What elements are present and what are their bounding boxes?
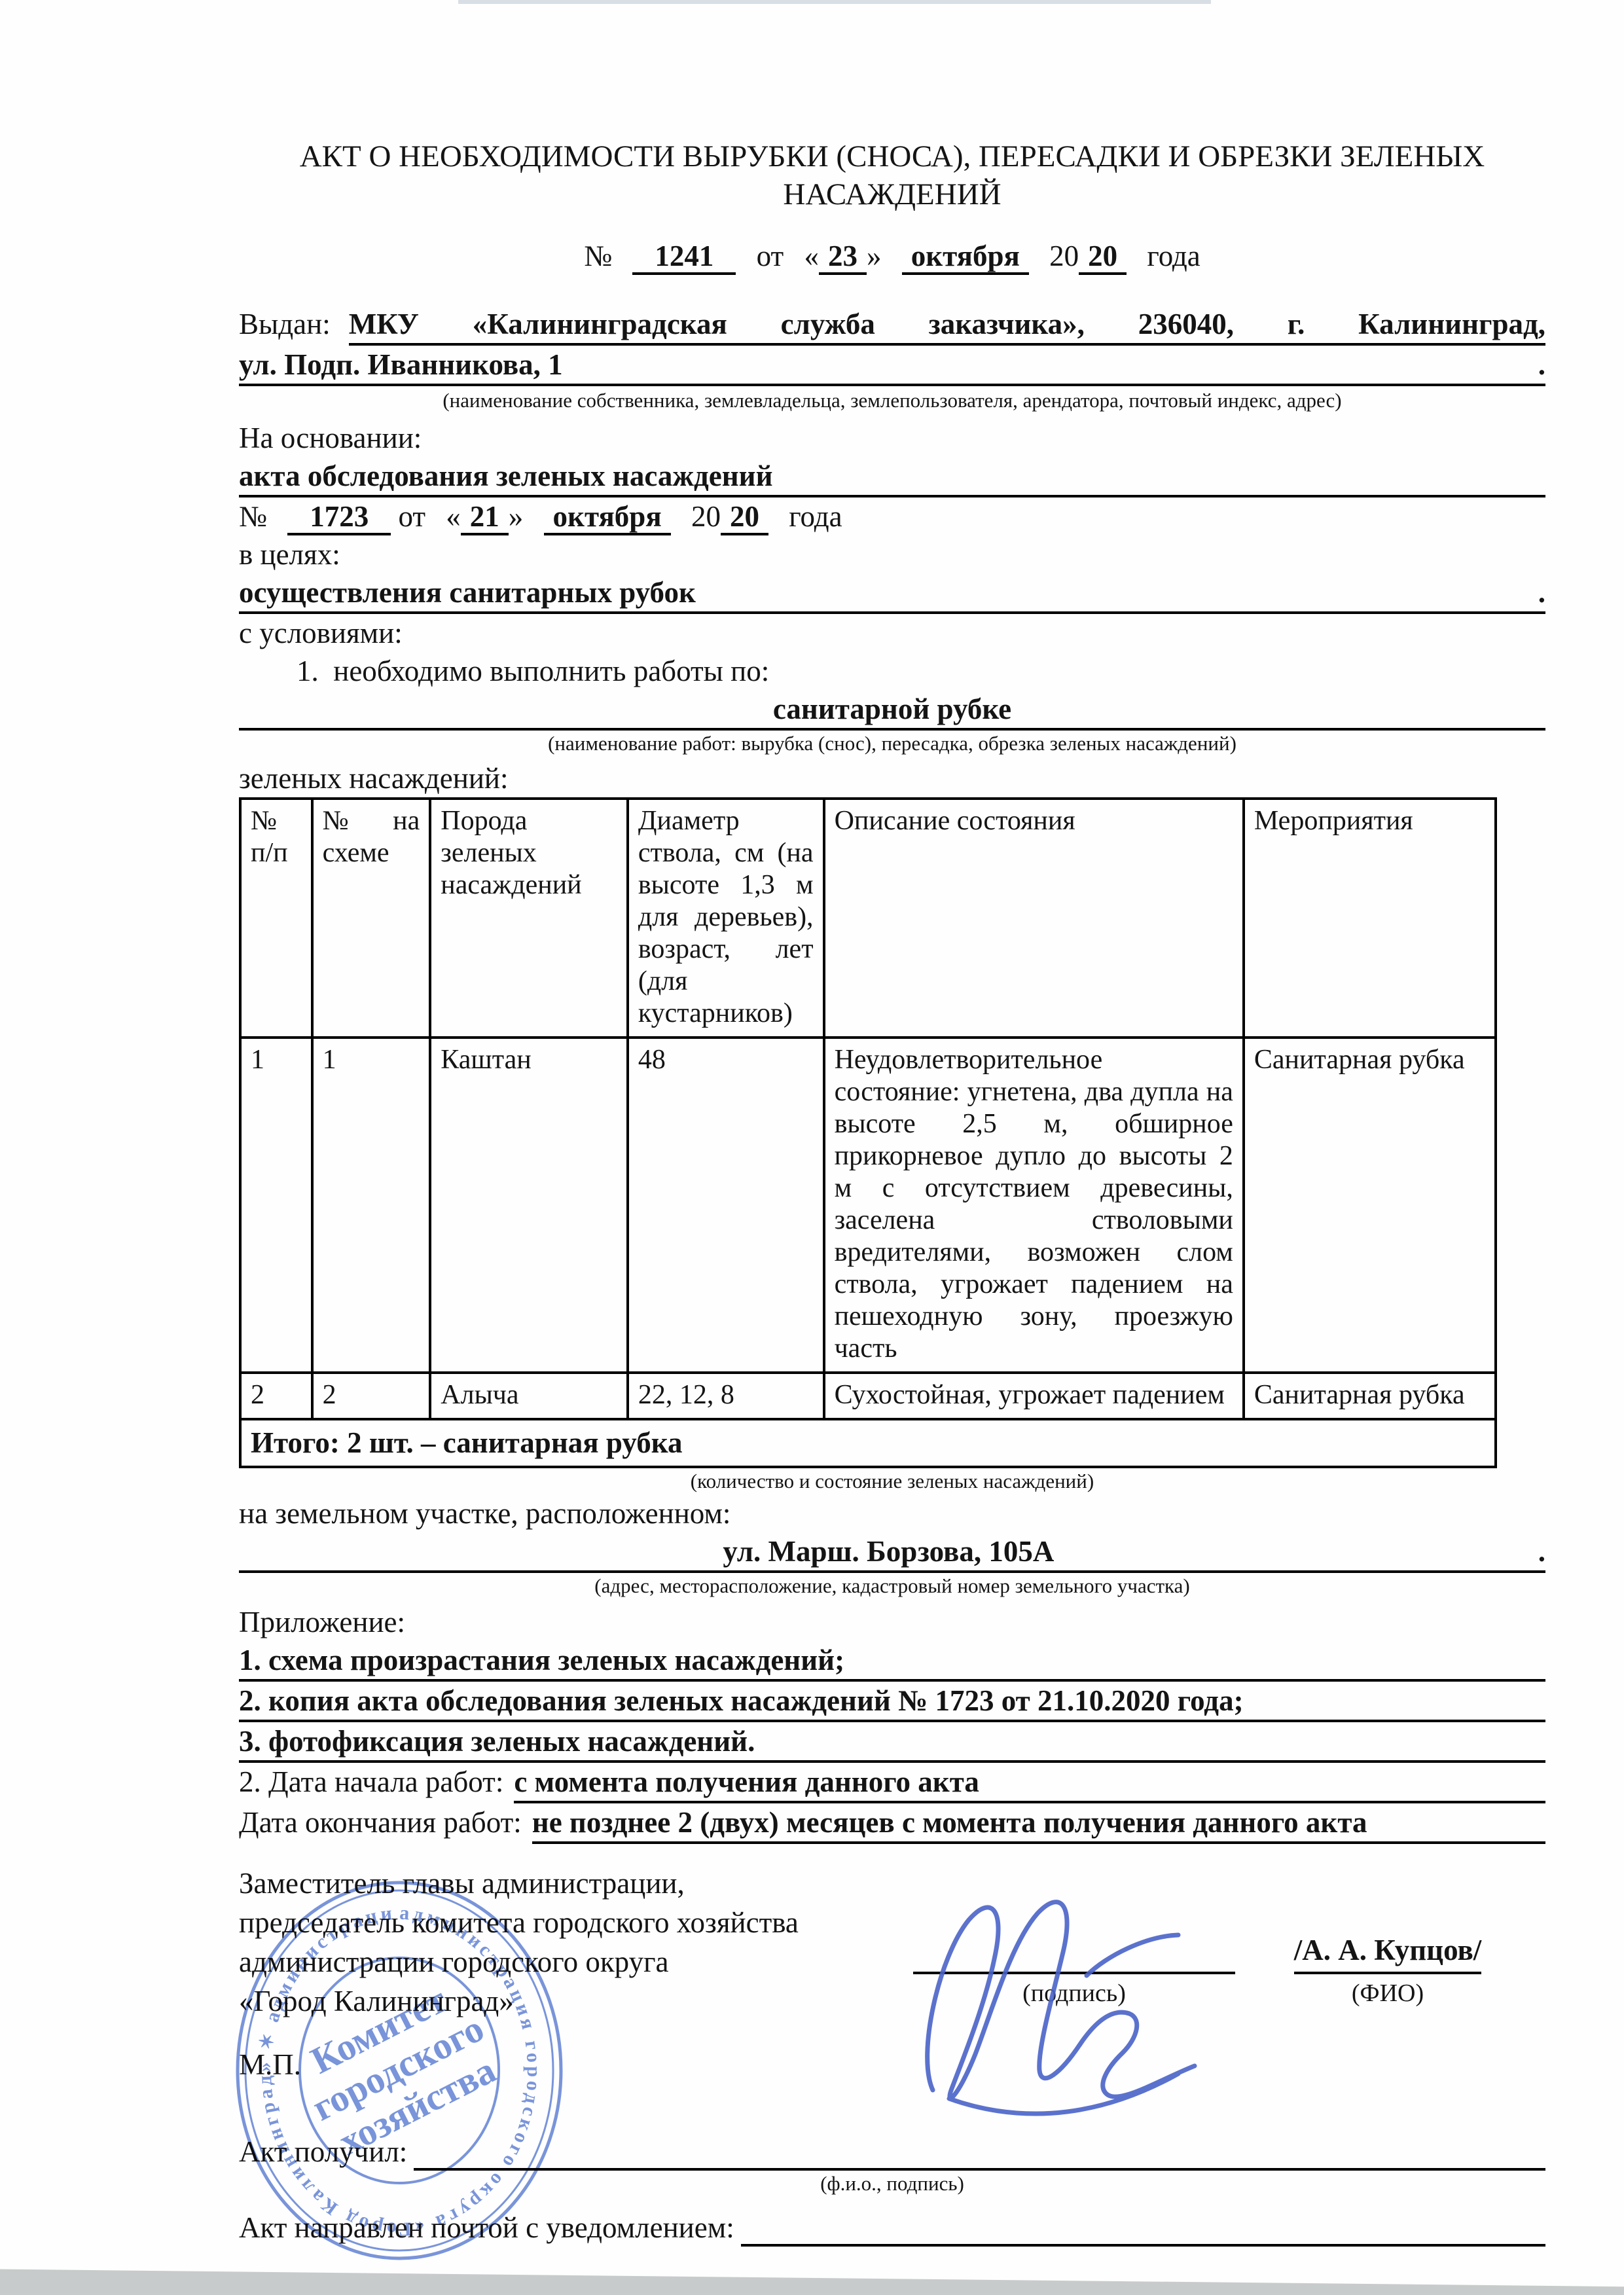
fill-in-rule	[239, 690, 760, 731]
basis-value-line: акта обследования зеленых насаждений	[239, 457, 1545, 497]
number-sign: №	[584, 240, 612, 272]
fill-in-rule	[696, 573, 1538, 614]
act-year-value: 20	[1079, 240, 1127, 275]
purpose-label: в целях:	[239, 535, 1545, 573]
signature-rule	[913, 1931, 1235, 1974]
basis-year-value: 20	[721, 500, 768, 535]
signatory-name: /А. А. Купцов/	[1294, 1931, 1482, 1974]
header-species: Порода зеленых насаждений	[430, 799, 628, 1038]
issued-line: Выдан: МКУ «Калининградская служба заказ…	[239, 305, 1545, 346]
purpose-value-line: осуществления санитарных рубок .	[239, 573, 1545, 614]
document-title: АКТ О НЕОБХОДИМОСТИ ВЫРУБКИ (СНОСА), ПЕР…	[239, 137, 1545, 213]
cell-condition: Сухостойная, угрожает падением	[824, 1373, 1244, 1419]
act-day-value: 23	[819, 240, 867, 275]
ot-word: от	[398, 500, 425, 533]
cell-species: Алыча	[430, 1373, 628, 1419]
work-end-value: не позднее 2 (двух) месяцев с момента по…	[532, 1803, 1367, 1844]
work-end-label: Дата окончания работ:	[239, 1803, 522, 1844]
attachment-item: 1. схема произрастания зеленых насаждени…	[239, 1641, 1545, 1682]
cell-diameter: 22, 12, 8	[628, 1373, 824, 1419]
table-total: Итого: 2 шт. – санитарная рубка	[240, 1419, 1496, 1467]
cell-action: Санитарная рубка	[1244, 1373, 1496, 1419]
issued-value-line1: МКУ «Калининградская служба заказчика», …	[349, 305, 1545, 346]
work-start-value: с момента получения данного акта	[514, 1763, 979, 1803]
conditions-item: 1. необходимо выполнить работы по:	[239, 652, 1545, 690]
fill-in-rule	[755, 1722, 1545, 1763]
year-prefix: 20	[691, 500, 721, 533]
act-received-line: Акт получил:	[239, 2133, 1545, 2171]
attachment-3: 3. фотофиксация зеленых насаждений.	[239, 1722, 755, 1763]
table-caption: (количество и состояние зеленых насажден…	[239, 1468, 1545, 1494]
greenery-label: зеленых насаждений:	[239, 759, 1545, 797]
cell-num: 2	[240, 1373, 312, 1419]
issued-caption: (наименование собственника, землевладель…	[239, 388, 1545, 414]
basis-month-value: октября	[544, 500, 671, 535]
act-received-caption: (ф.и.о., подпись)	[239, 2171, 1545, 2197]
quote-close: »	[509, 500, 524, 533]
signature-caption: (подпись)	[913, 1978, 1235, 2008]
cell-scheme: 1	[312, 1038, 431, 1373]
fill-in-rule	[773, 457, 1545, 497]
basis-day-value: 21	[461, 500, 509, 535]
scan-artifact-bottom-edge	[0, 2257, 1624, 2295]
signature-rule	[414, 2133, 1545, 2171]
signature-field: (подпись)	[913, 1931, 1235, 2008]
basis-number-value: 1723	[287, 500, 391, 535]
work-start-label: 2. Дата начала работ:	[239, 1763, 503, 1803]
greenery-table: № п/п № на схеме Порода зеленых насажден…	[239, 797, 1497, 1468]
fill-in-rule	[563, 346, 1538, 386]
location-label: на земельном участке, расположенном:	[239, 1494, 1545, 1532]
table-row: 2 2 Алыча 22, 12, 8 Сухостойная, угрожае…	[240, 1373, 1496, 1419]
document-content: АКТ О НЕОБХОДИМОСТИ ВЫРУБКИ (СНОСА), ПЕР…	[239, 137, 1545, 2247]
act-mailed-label: Акт направлен почтой с уведомлением:	[239, 2209, 734, 2247]
act-number-value: 1241	[632, 240, 736, 275]
header-condition: Описание состояния	[824, 799, 1244, 1038]
act-number-line: № 1241 от «23» октября 2020 года	[239, 237, 1545, 275]
work-end-line: Дата окончания работ: не позднее 2 (двух…	[239, 1803, 1545, 1844]
header-num: № п/п	[240, 799, 312, 1038]
act-received-label: Акт получил:	[239, 2133, 407, 2171]
basis-value: акта обследования зеленых насаждений	[239, 457, 773, 497]
year-word: года	[1147, 240, 1200, 272]
document-page: АКТ О НЕОБХОДИМОСТИ ВЫРУБКИ (СНОСА), ПЕР…	[0, 0, 1624, 2295]
issued-value-line2: ул. Подп. Иванникова, 1	[239, 346, 563, 386]
issued-label: Выдан:	[239, 305, 331, 346]
basis-label: На основании:	[239, 419, 1545, 457]
header-diameter: Диаметр ствола, см (на высоте 1,3 м для …	[628, 799, 824, 1038]
location-caption: (адрес, месторасположение, кадастровый н…	[239, 1573, 1545, 1599]
signatory-name-caption: (ФИО)	[1244, 1978, 1532, 2008]
attachments-label: Приложение:	[239, 1603, 1545, 1641]
fill-in-rule	[844, 1641, 1545, 1682]
signatory-name-field: /А. А. Купцов/ (ФИО)	[1244, 1931, 1532, 2008]
fill-in-rule	[741, 2209, 1545, 2247]
quote-open: «	[446, 500, 461, 533]
title-line-2: НАСАЖДЕНИЙ	[239, 175, 1545, 213]
work-start-line: 2. Дата начала работ: с момента получени…	[239, 1763, 1545, 1803]
table-total-row: Итого: 2 шт. – санитарная рубка	[240, 1419, 1496, 1467]
cell-action: Санитарная рубка	[1244, 1038, 1496, 1373]
fill-in-rule	[979, 1763, 1545, 1803]
conditions-label: с условиями:	[239, 614, 1545, 652]
signatory-position-line1: Заместитель главы администрации,	[239, 1864, 1545, 1903]
conditions-item-number: 1.	[297, 655, 319, 687]
fill-in-rule	[1367, 1803, 1545, 1844]
location-value: ул. Марш. Борзова, 105А	[710, 1532, 1067, 1573]
year-word: года	[789, 500, 842, 533]
table-row: 1 1 Каштан 48 Неудовлетворительное состо…	[240, 1038, 1496, 1373]
scan-artifact-top-edge	[458, 0, 1211, 4]
cell-diameter: 48	[628, 1038, 824, 1373]
work-type-caption: (наименование работ: вырубка (снос), пер…	[239, 731, 1545, 757]
quote-close: »	[867, 240, 882, 272]
attachment-1: 1. схема произрастания зеленых насаждени…	[239, 1641, 844, 1682]
line-end-period: .	[1538, 346, 1545, 386]
cell-species: Каштан	[430, 1038, 628, 1373]
ot-word: от	[757, 240, 784, 272]
cell-condition: Неудовлетворительное состояние: угнетена…	[824, 1038, 1244, 1373]
conditions-item-text: необходимо выполнить работы по:	[333, 655, 769, 687]
location-line: ул. Марш. Борзова, 105А .	[239, 1532, 1545, 1573]
act-month-value: октября	[902, 240, 1029, 275]
fill-in-rule	[1244, 1682, 1545, 1722]
basis-number-line: № 1723 от «21» октября 2020 года	[239, 497, 1545, 535]
work-type-line: санитарной рубке	[239, 690, 1545, 731]
attachment-item: 3. фотофиксация зеленых насаждений.	[239, 1722, 1545, 1763]
fill-in-rule	[1067, 1532, 1538, 1573]
purpose-value: осуществления санитарных рубок	[239, 573, 696, 614]
seal-place-label: М.П.	[239, 2046, 1545, 2084]
year-prefix: 20	[1049, 240, 1079, 272]
table-header-row: № п/п № на схеме Порода зеленых насажден…	[240, 799, 1496, 1038]
work-type-value: санитарной рубке	[760, 690, 1024, 731]
attachment-2: 2. копия акта обследования зеленых насаж…	[239, 1682, 1244, 1722]
number-sign: №	[239, 500, 267, 533]
fill-in-rule	[239, 1532, 710, 1573]
issued-address-line: ул. Подп. Иванникова, 1 .	[239, 346, 1545, 386]
attachment-item: 2. копия акта обследования зеленых насаж…	[239, 1682, 1545, 1722]
header-action: Мероприятия	[1244, 799, 1496, 1038]
fill-in-rule	[1024, 690, 1545, 731]
title-line-1: АКТ О НЕОБХОДИМОСТИ ВЫРУБКИ (СНОСА), ПЕР…	[239, 137, 1545, 175]
cell-num: 1	[240, 1038, 312, 1373]
quote-open: «	[804, 240, 819, 272]
cell-scheme: 2	[312, 1373, 431, 1419]
act-mailed-line: Акт направлен почтой с уведомлением:	[239, 2209, 1545, 2247]
line-end-period: .	[1538, 1532, 1545, 1573]
header-scheme: № на схеме	[312, 799, 431, 1038]
line-end-period: .	[1538, 573, 1545, 614]
